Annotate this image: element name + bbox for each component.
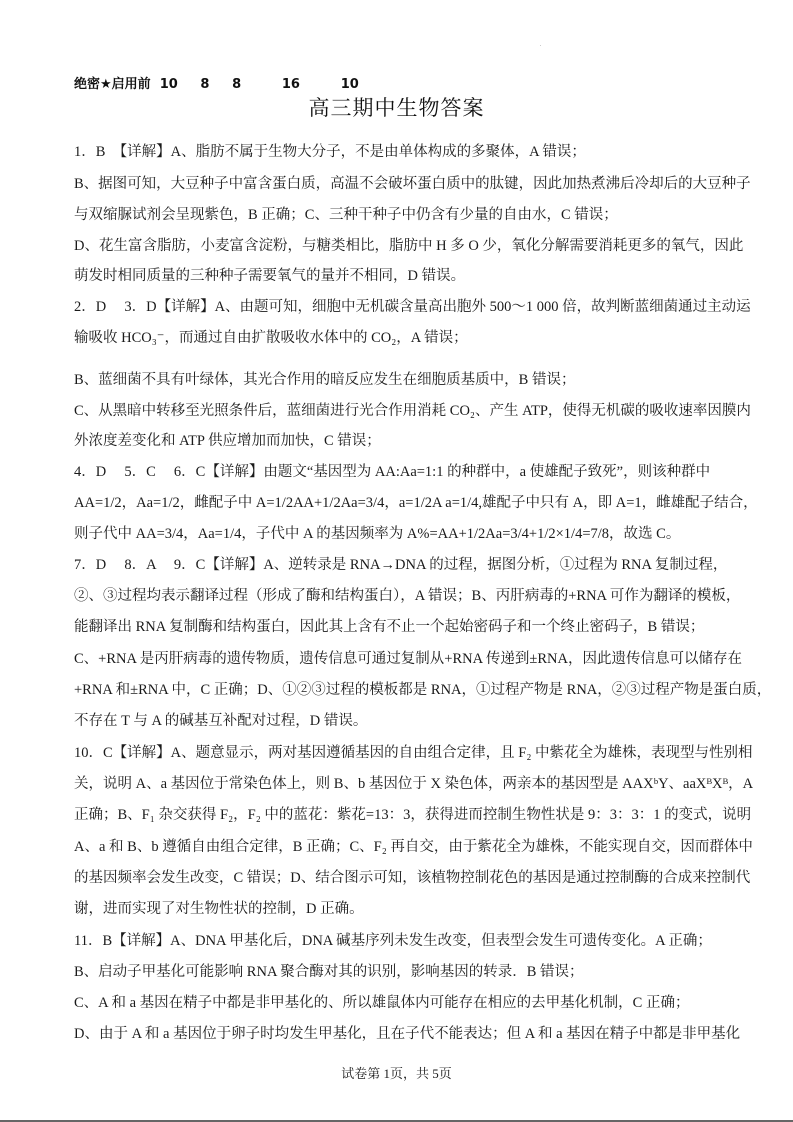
text-line: B、启动子甲基化可能影响 RNA 聚合酶对其的识别，影响基因的转录．B 错误； [74,963,584,981]
text-line: 与双缩脲试剂会呈现紫色，B 正确；C、三种干种子中仍含有少量的自由水，C 错误； [74,206,618,224]
text-line: B、蓝细菌不具有叶绿体，其光合作用的暗反应发生在细胞质基质中，B 错误； [74,371,575,389]
text-line: 关，说明 A、a 基因位于常染色体上，则 B、b 基因位于 X 染色体，两亲本的… [74,775,753,793]
page-number-footer: 试卷第 1页，共 5页 [0,1063,793,1082]
page-title: 高三期中生物答案 [0,92,793,122]
confidential-header-with-scores: 绝密★启用前 10 8 8 16 10 [74,73,359,92]
text-line: 输吸收 HCO₃⁻，而通过自由扩散吸收水体中的 CO₂，A 错误； [74,329,468,347]
text-line: 则子代中 AA=3/4，Aa=1/4，子代中 A 的基因频率为 A%=AA+1/… [74,525,680,543]
text-line: 1．B 【详解】A、脂肪不属于生物大分子，不是由单体构成的多聚体，A 错误； [74,143,586,161]
text-line: 2．D 3．D【详解】A、由题可知，细胞中无机碳含量高出胞外 500～1 000… [74,298,751,316]
text-line: 不存在 T 与 A 的碱基互补配对过程，D 错误。 [74,712,367,730]
text-line: D、花生富含脂肪，小麦富含淀粉，与糖类相比，脂肪中 H 多 O 少，氧化分解需要… [74,237,743,255]
text-line: 4．D 5．C 6．C【详解】由题文“基因型为 AA:Aa=1:1 的种群中，a… [74,463,710,481]
text-line: D、由于 A 和 a 基因位于卵子时均发生甲基化，且在子代不能表达；但 A 和 … [74,1025,740,1043]
text-line: 萌发时相同质量的三种种子需要氧气的量并不相同，D 错误。 [74,267,465,285]
text-line: C、从黑暗中转移至光照条件后，蓝细菌进行光合作用消耗 CO₂、产生 ATP，使得… [74,402,751,420]
text-line: 的基因频率会发生改变，C 错误；D、结合图示可知，该植物控制花色的基因是通过控制… [74,869,750,887]
stray-mark [540,45,541,46]
text-line: C、+RNA 是丙肝病毒的遗传物质，遗传信息可通过复制从+RNA 传递到±RNA… [74,650,742,668]
text-line: 能翻译出 RNA 复制酶和结构蛋白，因此其上含有不止一个起始密码子和一个终止密码… [74,618,704,636]
text-line: 10．C【详解】A、题意显示，两对基因遵循基因的自由组合定律，且 F₂ 中紫花全… [74,744,753,762]
text-line: B、据图可知，大豆种子中富含蛋白质，高温不会破坏蛋白质中的肽键，因此加热煮沸后冷… [74,175,751,193]
text-line: 7．D 8．A 9．C【详解】A、逆转录是 RNA→DNA 的过程，据图分析，①… [74,556,727,574]
text-line: AA=1/2，Aa=1/2，雌配子中 A=1/2AA+1/2Aa=3/4，a=1… [74,494,758,512]
text-line: ②、③过程均表示翻译过程（形成了酶和结构蛋白），A 错误；B、丙肝病毒的+RNA… [74,587,740,605]
text-line: 外浓度差变化和 ATP 供应增加而加快，C 错误； [74,432,381,450]
text-line: +RNA 和±RNA 中，C 正确；D、①②③过程的模板都是 RNA，①过程产物… [74,681,771,699]
text-line: 正确；B、F₁ 杂交获得 F₂，F₂ 中的蓝花：紫花=13：3，获得进而控制生物… [74,806,751,824]
text-line: C、A 和 a 基因在精子中都是非甲基化的、所以雄鼠体内可能存在相应的去甲基化机… [74,994,689,1012]
text-line: A、a 和 B、b 遵循自由组合定律，B 正确；C、F₂ 再自交，由于紫花全为雄… [74,838,753,856]
text-line: 11．B【详解】A、DNA 甲基化后，DNA 碱基序列未发生改变，但表型会发生可… [74,932,712,950]
text-line: 谢，进而实现了对生物性状的控制，D 正确。 [74,900,364,918]
